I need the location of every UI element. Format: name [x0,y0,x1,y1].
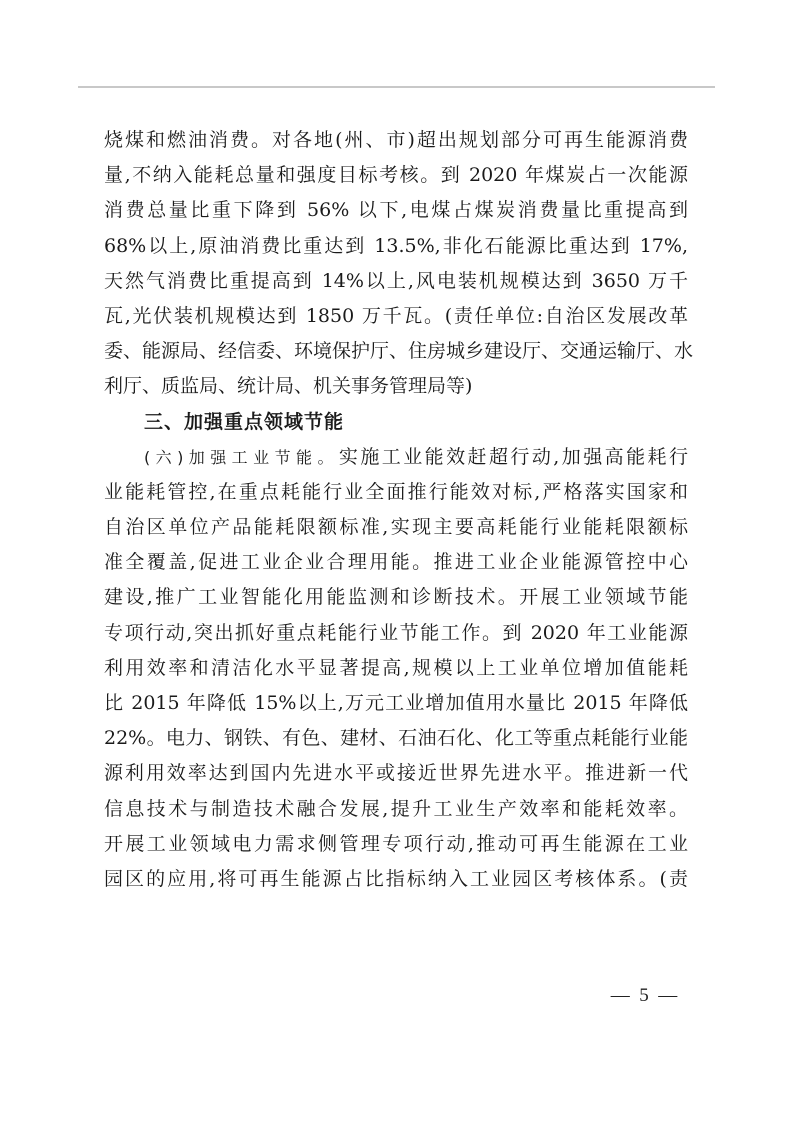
header-rule [78,86,715,88]
text-line: 利用效率和清洁化水平显著提高,规模以上工业单位增加值能耗 [104,651,688,686]
text-line: 园区的应用,将可再生能源占比指标纳入工业园区考核体系。(责 [104,862,688,897]
text-line: 信息技术与制造技术融合发展,提升工业生产效率和能耗效率。 [104,792,688,827]
text-line: 准全覆盖,促进工业企业合理用能。推进工业企业能源管控中心 [104,545,688,580]
text-line: 委、能源局、经信委、环境保护厅、住房城乡建设厅、交通运输厅、水 [104,334,688,369]
text-line: 68%以上,原油消费比重达到 13.5%,非化石能源比重达到 17%, [104,229,688,264]
text-line: (六)加强工业节能。实施工业能效赶超行动,加强高能耗行 [104,440,688,475]
section-heading: 三、加强重点领域节能 [104,405,688,440]
text-line: 量,不纳入能耗总量和强度目标考核。到 2020 年煤炭占一次能源 [104,158,688,193]
text-line: 开展工业领域电力需求侧管理专项行动,推动可再生能源在工业 [104,827,688,862]
text-line: 源利用效率达到国内先进水平或接近世界先进水平。推进新一代 [104,756,688,791]
text-line: 烧煤和燃油消费。对各地(州、市)超出规划部分可再生能源消费 [104,123,688,158]
text-line: 比 2015 年降低 15%以上,万元工业增加值用水量比 2015 年降低 [104,686,688,721]
text-line: 消费总量比重下降到 56% 以下,电煤占煤炭消费量比重提高到 [104,193,688,228]
page-number: — 5 — [604,985,684,1007]
text-line: 瓦,光伏装机规模达到 1850 万千瓦。(责任单位:自治区发展改革 [104,299,688,334]
text-line: 自治区单位产品能耗限额标准,实现主要高耗能行业能耗限额标 [104,510,688,545]
text-line: 天然气消费比重提高到 14%以上,风电装机规模达到 3650 万千 [104,264,688,299]
text-line: 专项行动,突出抓好重点耗能行业节能工作。到 2020 年工业能源 [104,616,688,651]
text-line: 建设,推广工业智能化用能监测和诊断技术。开展工业领域节能 [104,580,688,615]
text-line: 22%。电力、钢铁、有色、建材、石油石化、化工等重点耗能行业能 [104,721,688,756]
paragraph-subheading: (六)加强工业节能。 [144,448,339,467]
text-line: 利厅、质监局、统计局、机关事务管理局等) [104,369,688,404]
paragraph-six: (六)加强工业节能。实施工业能效赶超行动,加强高能耗行 业能耗管控,在重点耗能行… [104,440,688,897]
page-body: 烧煤和燃油消费。对各地(州、市)超出规划部分可再生能源消费 量,不纳入能耗总量和… [104,123,688,897]
paragraph-first-line-text: 实施工业能效赶超行动,加强高能耗行 [339,446,688,468]
text-line: 业能耗管控,在重点耗能行业全面推行能效对标,严格落实国家和 [104,475,688,510]
continuation-paragraph: 烧煤和燃油消费。对各地(州、市)超出规划部分可再生能源消费 量,不纳入能耗总量和… [104,123,688,405]
